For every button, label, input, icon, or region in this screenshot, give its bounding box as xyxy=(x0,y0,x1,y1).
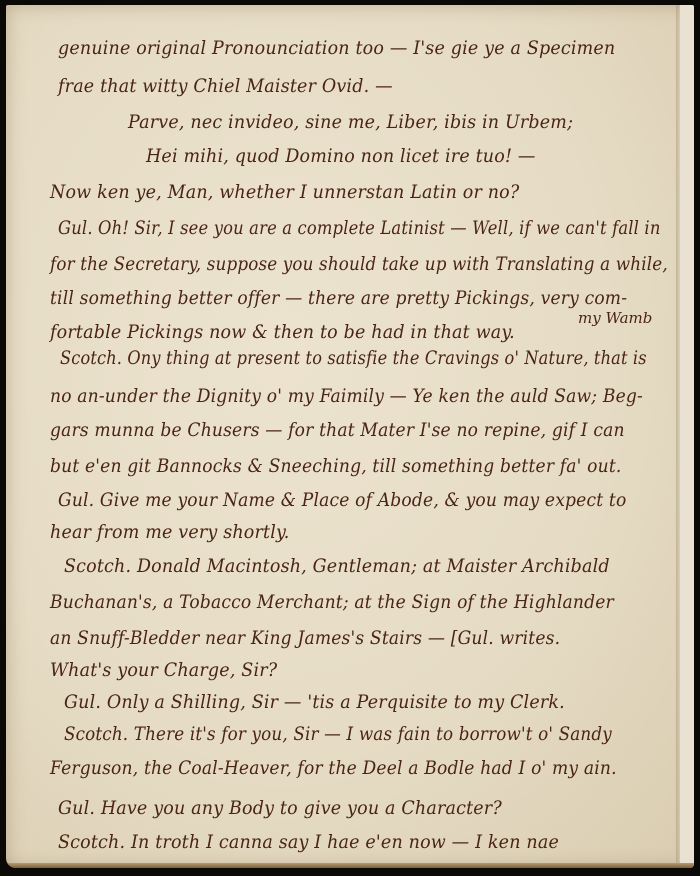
page-fold-line xyxy=(676,5,680,868)
manuscript-line: What's your Charge, Sir? xyxy=(50,659,277,681)
manuscript-line: for the Secretary, suppose you should ta… xyxy=(50,253,668,275)
interlinear-insertion: my Wamb xyxy=(578,309,652,327)
manuscript-line: Parve, nec invideo, sine me, Liber, ibis… xyxy=(128,111,573,133)
manuscript-line: no an-under the Dignity o' my Faimily — … xyxy=(50,385,643,407)
manuscript-line: Gul. Oh! Sir, I see you are a complete L… xyxy=(58,217,661,239)
manuscript-page: genuine original Pronounciation too — I'… xyxy=(6,5,694,868)
page-bottom-edge xyxy=(6,863,694,868)
manuscript-line: but e'en git Bannocks & Sneeching, till … xyxy=(50,455,622,477)
manuscript-line: Ferguson, the Coal-Heaver, for the Deel … xyxy=(50,757,617,779)
manuscript-line: Scotch. In troth I canna say I hae e'en … xyxy=(58,831,559,853)
manuscript-line: till something better offer — there are … xyxy=(50,287,627,309)
manuscript-line: Scotch. There it's for you, Sir — I was … xyxy=(64,723,612,745)
manuscript-line: Buchanan's, a Tobacco Merchant; at the S… xyxy=(50,591,614,613)
manuscript-line: fortable Pickings now & then to be had i… xyxy=(50,321,515,343)
manuscript-line: frae that witty Chiel Maister Ovid. — xyxy=(58,75,393,97)
manuscript-line: Scotch. Ony thing at present to satisfie… xyxy=(60,347,647,369)
manuscript-line: Gul. Only a Shilling, Sir — 'tis a Perqu… xyxy=(64,691,565,713)
manuscript-line: Scotch. Donald Macintosh, Gentleman; at … xyxy=(64,555,610,577)
manuscript-line: Hei mihi, quod Domino non licet ire tuo!… xyxy=(146,145,536,167)
manuscript-line: genuine original Pronounciation too — I'… xyxy=(58,37,615,59)
manuscript-line: Gul. Have you any Body to give you a Cha… xyxy=(58,797,502,819)
manuscript-line: Gul. Give me your Name & Place of Abode,… xyxy=(58,489,626,511)
manuscript-line: an Snuff-Bledder near King James's Stair… xyxy=(50,627,560,649)
manuscript-line: hear from me very shortly. xyxy=(50,521,290,543)
page-edge xyxy=(680,5,694,868)
manuscript-line: gars munna be Chusers — for that Mater I… xyxy=(50,419,625,441)
manuscript-line: Now ken ye, Man, whether I unnerstan Lat… xyxy=(50,181,519,203)
